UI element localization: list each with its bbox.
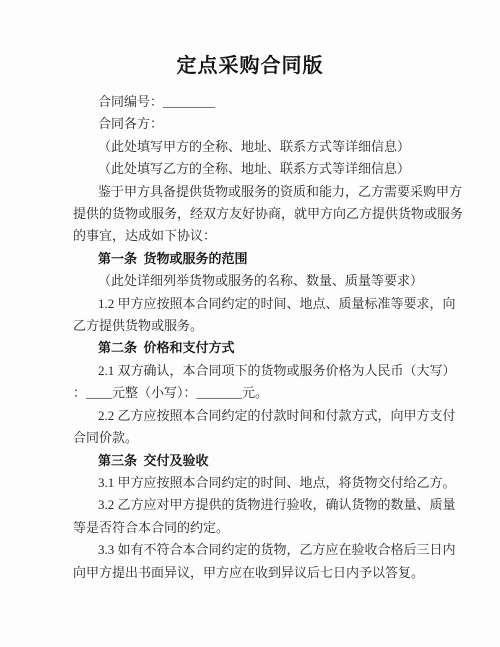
line-article1-placeholder: （此处详细列举货物或服务的名称、数量、质量等要求） xyxy=(73,270,470,292)
line-clause-3-2-b: 等是否符合本合同的约定。 xyxy=(73,517,470,539)
heading-article-3: 第三条 交付及验收 xyxy=(73,450,470,472)
contract-document-page: 定点采购合同版 合同编号：________ 合同各方： （此处填写甲方的全称、地… xyxy=(0,0,500,647)
line-preamble-1: 鉴于甲方具备提供货物或服务的资质和能力，乙方需要采购甲方 xyxy=(73,181,470,203)
line-party-a-placeholder: （此处填写甲方的全称、地址、联系方式等详细信息） xyxy=(73,136,470,158)
line-clause-1-2-b: 乙方提供货物或服务。 xyxy=(73,315,470,337)
line-contract-number: 合同编号：________ xyxy=(73,91,470,113)
line-clause-3-1: 3.1 甲方应按照本合同约定的时间、地点，将货物交付给乙方。 xyxy=(73,472,470,494)
line-clause-3-3-a: 3.3 如有不符合本合同约定的货物，乙方应在验收合格后三日内 xyxy=(73,539,470,561)
line-clause-3-3-b: 向甲方提出书面异议，甲方应在收到异议后七日内予以答复。 xyxy=(73,562,470,584)
line-party-b-placeholder: （此处填写乙方的全称、地址、联系方式等详细信息） xyxy=(73,158,470,180)
line-clause-2-1-b: ：____元整（小写）：_______元。 xyxy=(73,382,470,404)
line-parties-label: 合同各方： xyxy=(73,113,470,135)
line-clause-3-2-a: 3.2 乙方应对甲方提供的货物进行验收，确认货物的数量、质量 xyxy=(73,494,470,516)
document-body: 合同编号：________ 合同各方： （此处填写甲方的全称、地址、联系方式等详… xyxy=(0,91,500,584)
line-clause-1-2-a: 1.2 甲方应按照本合同约定的时间、地点、质量标准等要求，向 xyxy=(73,293,470,315)
line-clause-2-2-a: 2.2 乙方应按照本合同约定的付款时间和付款方式，向甲方支付 xyxy=(73,405,470,427)
heading-article-2: 第二条 价格和支付方式 xyxy=(73,337,470,359)
line-clause-2-1-a: 2.1 双方确认，本合同项下的货物或服务价格为人民币（大写） xyxy=(73,360,470,382)
line-preamble-3: 的事宜，达成如下协议： xyxy=(73,225,470,247)
document-title: 定点采购合同版 xyxy=(0,0,500,82)
line-clause-2-2-b: 合同价款。 xyxy=(73,427,470,449)
line-preamble-2: 提供的货物或服务，经双方友好协商，就甲方向乙方提供货物或服务 xyxy=(73,203,470,225)
heading-article-1: 第一条 货物或服务的范围 xyxy=(73,248,470,270)
